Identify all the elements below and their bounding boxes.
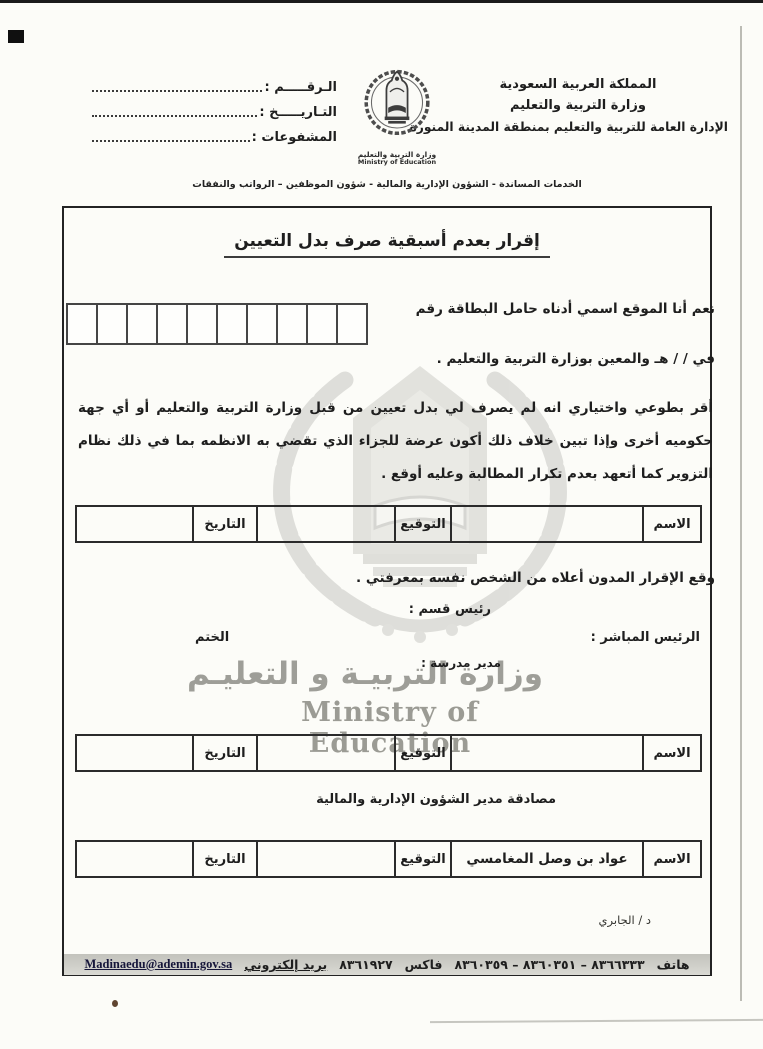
id-digit-box <box>246 303 278 345</box>
contact-footer: هاتف ٨٣٦٦٣٣٣ – ٨٣٦٠٣٥١ – ٨٣٦٠٣٥٩ فاكس ٨٣… <box>64 954 710 975</box>
department-head-label: رئيس قسم : <box>409 602 491 617</box>
signature-blank-cell <box>256 842 394 876</box>
certification-heading: مصادقة مدير الشؤون الإدارية والمالية <box>316 792 556 807</box>
official-signature-table: الاسم التوقيع التاريخ <box>75 734 702 772</box>
kingdom-line: المملكة العربية السعودية <box>428 74 728 95</box>
signature-blank-cell <box>256 736 394 770</box>
ref-date-label: التـاريـــــخ : <box>259 105 337 120</box>
department-subtitle: الخدمات المساندة - الشؤون الإدارية والما… <box>62 179 712 190</box>
witness-statement: وقع الإقرار المدون أعلاه من الشخص نفسه ب… <box>356 570 715 586</box>
form-title: إقرار بعدم أسبقية صرف بدل التعيين <box>62 231 712 251</box>
ref-number-label: الـرقـــــم : <box>264 80 337 95</box>
date-header-cell: التاريخ <box>192 842 256 876</box>
phone-numbers: ٨٣٦٦٣٣٣ – ٨٣٦٠٣٥١ – ٨٣٦٠٣٥٩ <box>454 957 644 972</box>
stamp-label: الختم <box>195 630 229 645</box>
signature-header-cell: التوقيع <box>394 842 450 876</box>
id-digit-box <box>186 303 218 345</box>
name-blank-cell <box>450 736 642 770</box>
signature-header-cell: التوقيع <box>394 736 450 770</box>
name-header-cell: الاسم <box>642 507 700 541</box>
ministry-line: وزارة التربية والتعليم <box>428 95 728 116</box>
id-number-boxes <box>68 303 368 345</box>
date-blank-cell <box>77 507 192 541</box>
scan-smudge-line <box>430 1019 763 1023</box>
date-header-cell: التاريخ <box>192 736 256 770</box>
id-digit-box <box>66 303 98 345</box>
email-address: Madinaedu@ademin.gov.sa <box>84 957 232 972</box>
id-digit-box <box>216 303 248 345</box>
ref-attachments-label: المشفوعات : <box>252 130 337 145</box>
id-digit-box <box>96 303 128 345</box>
ref-attachments-field: المشفوعات : <box>92 130 337 145</box>
ministry-header-block: المملكة العربية السعودية وزارة التربية و… <box>428 74 728 137</box>
date-blank-cell <box>77 842 192 876</box>
date-header-cell: التاريخ <box>192 507 256 541</box>
phone-label: هاتف <box>657 957 690 972</box>
ref-attachments-blank-line <box>92 140 250 142</box>
email-label: بريد إلكتروني <box>244 957 327 972</box>
scan-edge-top <box>0 0 763 3</box>
pledge-paragraph: أقر بطوعي واختياري انه لم يصرف لي بدل تع… <box>78 392 713 491</box>
ink-dot-artifact <box>112 1000 118 1007</box>
ministry-logo-icon <box>353 62 441 150</box>
direct-supervisor-label: الرئيس المباشر : <box>591 630 700 645</box>
ref-number-field: الـرقـــــم : <box>92 80 337 95</box>
name-blank-cell <box>450 507 642 541</box>
signature-header-cell: التوقيع <box>394 507 450 541</box>
ref-date-field: التـاريـــــخ : <box>92 105 337 120</box>
scan-artifact-square <box>8 30 24 43</box>
id-digit-box <box>306 303 338 345</box>
scanned-form-page: وزارة التربيـة و التعليـم Ministry of Ed… <box>0 0 763 1049</box>
id-digit-box <box>156 303 188 345</box>
ref-date-blank-line <box>92 115 257 117</box>
school-principal-label: مدير مدرسة : <box>421 656 501 670</box>
fax-number: ٨٣٦١٩٢٧ <box>339 957 392 972</box>
director-signature-table: الاسم عواد بن وصل المغامسي التوقيع التار… <box>75 840 702 878</box>
logo-caption-english: Ministry of Education <box>342 159 452 167</box>
director-name-cell: عواد بن وصل المغامسي <box>450 842 642 876</box>
date-blank-cell <box>77 736 192 770</box>
administration-line: الإدارة العامة للتربية والتعليم بمنطقة ا… <box>428 117 728 137</box>
declaration-intro-line: نعم أنا الموقع اسمي أدناه حامل البطاقة ر… <box>416 301 715 317</box>
reference-fields: الـرقـــــم : التـاريـــــخ : المشفوعات … <box>92 80 337 155</box>
appointment-date-line: في / / هـ والمعين بوزارة التربية والتعلي… <box>437 351 715 367</box>
signature-blank-cell <box>256 507 394 541</box>
name-header-cell: الاسم <box>642 842 700 876</box>
ref-number-blank-line <box>92 90 262 92</box>
paper-edge-line <box>740 26 742 1001</box>
handwritten-note: د / الجابري <box>599 913 651 927</box>
id-digit-box <box>126 303 158 345</box>
id-digit-box <box>336 303 368 345</box>
name-header-cell: الاسم <box>642 736 700 770</box>
declarant-signature-table: الاسم التوقيع التاريخ <box>75 505 702 543</box>
id-digit-box <box>276 303 308 345</box>
fax-label: فاكس <box>405 957 443 972</box>
ministry-logo: وزارة التربية والتعليم Ministry of Educa… <box>342 62 452 167</box>
